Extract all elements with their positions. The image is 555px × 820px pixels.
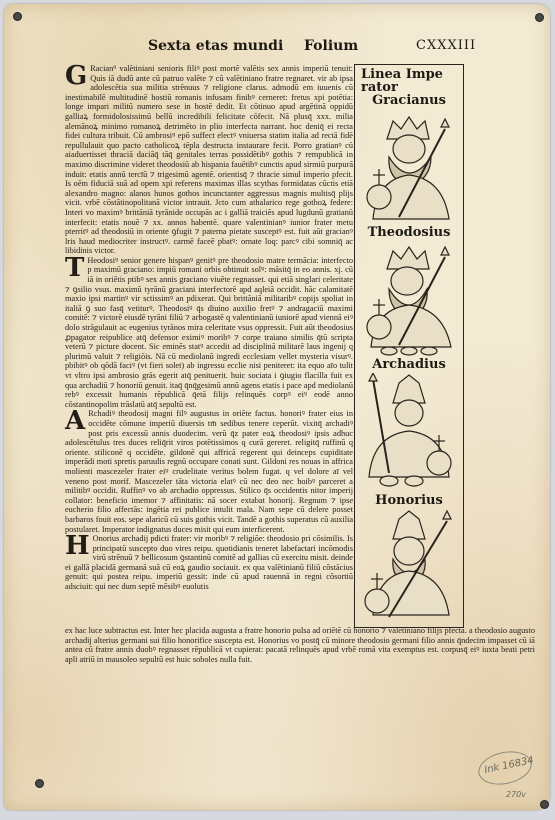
emperor-name-theodosius: Theodosius bbox=[355, 225, 463, 240]
drop-cap: A bbox=[65, 410, 85, 432]
drop-cap: T bbox=[65, 257, 84, 279]
emperor-name-gracianus: Gracianus bbox=[355, 93, 463, 108]
crowned-emperor-woodcut-icon bbox=[359, 509, 459, 624]
crowned-emperor-woodcut-icon bbox=[359, 241, 459, 356]
folio-number: CXXXIII bbox=[416, 38, 476, 53]
paragraph-honorius: HOnorius archadij pdicti frater: vir mor… bbox=[65, 534, 353, 592]
paragraph-theodosius: THeodosiꝰ senior genere hispanꝰ genitꝰ p… bbox=[65, 256, 353, 410]
punch-hole bbox=[13, 12, 22, 21]
pencil-note: 270v bbox=[506, 790, 526, 799]
punch-hole bbox=[540, 800, 549, 809]
crowned-emperor-woodcut-icon bbox=[359, 373, 459, 488]
drop-cap: G bbox=[65, 65, 87, 87]
closing-text: ex hac luce subtractus est. Inter hec pl… bbox=[65, 626, 535, 664]
running-title: Sexta etas mundi bbox=[148, 38, 283, 54]
emperor-name-archadius: Archadius bbox=[355, 357, 463, 372]
main-text-column: GRacian⁹ valētiniani senioris filiꝰ post… bbox=[65, 64, 353, 592]
crowned-emperor-woodcut-icon bbox=[359, 109, 459, 224]
punch-hole bbox=[535, 13, 544, 22]
folium-label: Folium bbox=[304, 38, 358, 54]
sidebar-title: Linea Impe rator bbox=[355, 65, 463, 94]
drop-cap: H bbox=[65, 535, 90, 557]
imperial-lineage-sidebar: Linea Impe rator Gracianus Theodosius bbox=[354, 64, 464, 628]
paragraph-gracianus: GRacian⁹ valētiniani senioris filiꝰ post… bbox=[65, 64, 353, 256]
running-header: Sexta etas mundi Folium CXXXIII bbox=[142, 38, 482, 56]
paragraph-archadius: ARchadiꝰ theodosij magni filꝰ augustus i… bbox=[65, 409, 353, 534]
punch-hole bbox=[35, 779, 44, 788]
emperor-name-honorius: Honorius bbox=[355, 493, 463, 508]
